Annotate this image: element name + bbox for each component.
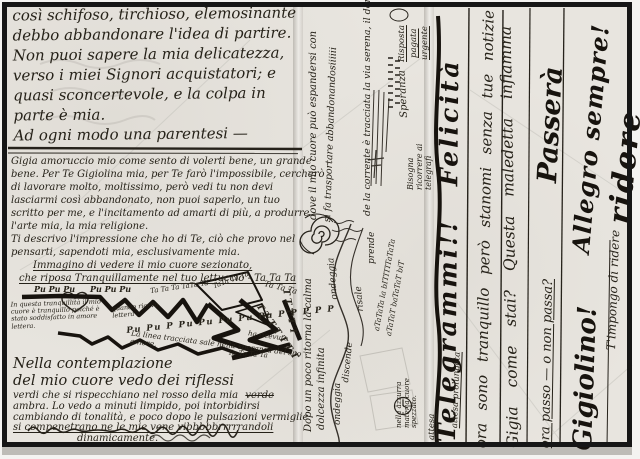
body-paragraph: Gigia amoruccio mio come sento di volert… <box>11 156 303 286</box>
telegrafi-note: Bisogna ricorrere ai telegrafi <box>406 126 433 190</box>
handwritten-line: Gigia amoruccio mio come sento di volert… <box>11 156 303 169</box>
handwritten-line: dinamicamente. <box>13 433 303 444</box>
handwritten-line: di lavorare molto, moltissimo, però vedi… <box>11 182 303 195</box>
handwritten-line: l'arte mia, la mia religione. <box>11 221 303 234</box>
handwritten-line: si compenetrano ne le mie vene vibbbbbrr… <box>13 422 303 433</box>
ondeggia-label: ondeggia <box>333 363 343 425</box>
materia-note: nella azzurra materia cuore spezzato. <box>396 374 419 428</box>
line-text: verdi che si rispecchiano nel rosso dell… <box>13 390 238 401</box>
prende-label: prende <box>367 222 377 264</box>
contemplation-paragraph: Nella contemplazione del mio cuore vedo … <box>13 356 303 444</box>
handwritten-line: lasciarmi così abbandonato, non puoi sap… <box>11 195 303 208</box>
calma-line-2: dolcezza infinita <box>316 258 327 430</box>
intro-paragraph: così schifoso, tirchioso, elemosinante d… <box>12 3 301 146</box>
espandersi-line: dove il mio cuore può espandersi con <box>308 8 319 220</box>
handwritten-line: Ad ogni modo una parentesi — <box>14 123 302 146</box>
handwritten-line: pensarti, sapendoti mia, esclusivamente … <box>11 247 303 260</box>
handwritten-line: Nella contemplazione <box>13 356 303 373</box>
handwritten-line: verdi che si rispecchiano nel rosso dell… <box>13 390 303 401</box>
stamp-pagata: pagata <box>409 12 419 58</box>
pu-sound-label: Pu Pu Pu <box>34 284 75 294</box>
struck-word: verde <box>245 390 274 401</box>
handwritten-line: cambiando di tonalità, e poco dopo le pu… <box>13 412 303 423</box>
calma-line-1: Dopo un poco ritorna la calma <box>303 230 314 432</box>
stamp-urgente: urgente <box>420 12 430 60</box>
handwritten-line: Immagino di vedere il mio cuore sezionat… <box>11 260 303 273</box>
handwritten-line: del mio cuore vedo dei riflessi <box>13 373 303 390</box>
letter-photo: { "colors": { "ink": "#262219", "heavy_i… <box>0 0 640 459</box>
left-page-rules <box>8 148 302 154</box>
handwritten-line: scritto per me, e l'incitamento ad amart… <box>11 208 303 221</box>
handwritten-line: Ti descrivo l'impressione che ho di Te, … <box>11 234 303 247</box>
pu-sound-label: Pu Pu Pu <box>90 284 131 294</box>
stamp-risposta: Risposta <box>397 10 407 62</box>
handwritten-line: bene. Per Te Gigiolina mia, per Te farò … <box>11 169 303 182</box>
handwritten-line: ambra. Lo vedo a minuti limpido, poi int… <box>13 401 303 412</box>
corrente-line: de la corrente è tracciata la via serena… <box>362 4 373 216</box>
tranquillita-note: In questa tranquillità il mio cuore è tr… <box>11 298 108 330</box>
